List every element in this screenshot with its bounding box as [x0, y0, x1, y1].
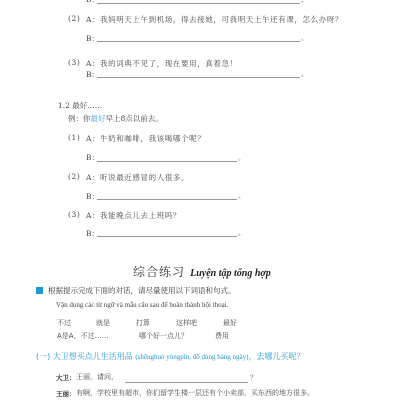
- section-title-vn: Luyện tập tổng hợp: [190, 268, 271, 279]
- b-label: B：: [86, 191, 99, 202]
- b-label: B：: [86, 33, 99, 44]
- a-label: A：: [86, 58, 100, 69]
- question-text: 听说最近感冒的人很多。: [100, 172, 189, 183]
- example-prefix: 例：你: [68, 114, 91, 123]
- word-item: 这样吧: [176, 318, 197, 328]
- example-highlight: 最好: [91, 114, 106, 123]
- instruction-cn: 根据提示完成下面的对话，请尽量使用以下词语和句式。: [48, 286, 236, 295]
- item-number: (2): [68, 14, 80, 23]
- speaker-david: 大卫：: [56, 373, 76, 382]
- example-sentence: 例：你最好早上8点以前去。: [68, 113, 163, 124]
- question-mark: ？: [250, 373, 257, 383]
- subsection-label: (一) 大卫想买点儿生活用品: [36, 352, 133, 361]
- period: 。: [238, 191, 245, 201]
- question-text: 我妈明天上午到机场，得去接她，可我明天上午还有课，怎么办呀？: [100, 14, 343, 25]
- answer-blank[interactable]: [125, 382, 248, 383]
- a-label: A：: [86, 14, 100, 25]
- period: 。: [238, 153, 245, 163]
- answer-blank[interactable]: [97, 3, 300, 4]
- word-item: 不过: [57, 318, 71, 328]
- subsection-heading: (一) 大卫想买点儿生活用品 (shēnghuó yòngpǐn, đồ dùn…: [36, 351, 305, 362]
- subsection-suffix: ，去哪儿买呢？: [249, 352, 305, 361]
- item-number: (3): [68, 58, 80, 67]
- answer-blank[interactable]: [97, 236, 237, 237]
- section-title-cn: 综合练习: [133, 265, 185, 279]
- answer-blank[interactable]: [97, 41, 300, 42]
- example-suffix: 早上8点以前去。: [106, 114, 163, 123]
- a-label: A：: [86, 210, 100, 221]
- square-bullet-icon: [36, 287, 43, 294]
- b-label: B：: [86, 228, 99, 239]
- answer-blank[interactable]: [97, 161, 237, 162]
- section-title: 综合练习 Luyện tập tổng hợp: [133, 261, 271, 280]
- dialogue-text: 有啊，学校里有超市，你们留学生楼一层还有个小卖部，买东西的地方很多。: [76, 388, 314, 398]
- b-label: B：: [86, 69, 99, 80]
- instruction-vn: Vận dụng các từ ngữ và mẫu câu sau để ho…: [56, 301, 228, 309]
- item-number: (1): [68, 133, 80, 142]
- speaker-wangli: 王丽：: [56, 389, 76, 398]
- word-item: 就是: [96, 318, 110, 328]
- word-item: 费用: [215, 331, 229, 341]
- instruction: 根据提示完成下面的对话，请尽量使用以下词语和句式。: [36, 285, 236, 296]
- answer-blank[interactable]: [97, 77, 300, 78]
- word-item: 打算: [136, 318, 150, 328]
- subsection-pinyin: (shēnghuó yòngpǐn, đồ dùng hàng ngày): [135, 353, 248, 361]
- question-text: 我的词典不见了，现在要用，真着急！: [100, 58, 238, 69]
- period: 。: [238, 228, 245, 238]
- a-label: A：: [86, 133, 100, 144]
- a-label: A：: [86, 172, 100, 183]
- period: 。: [301, 69, 308, 79]
- word-item: A是A，不过……: [57, 331, 109, 341]
- word-item: 最好: [223, 318, 237, 328]
- period: 。: [301, 0, 308, 5]
- dialogue-text: 王丽，请问，: [76, 372, 118, 382]
- word-item: 哪个好一点儿？: [139, 331, 188, 341]
- question-text: 我能晚点儿去上班吗？: [100, 210, 181, 221]
- question-text: 牛奶和咖啡，我该喝哪个呢？: [100, 133, 205, 144]
- answer-blank[interactable]: [97, 199, 237, 200]
- period: 。: [301, 33, 308, 43]
- item-number: (2): [68, 172, 80, 181]
- item-number: (3): [68, 210, 80, 219]
- section-heading: 1.2 最好……: [58, 100, 102, 111]
